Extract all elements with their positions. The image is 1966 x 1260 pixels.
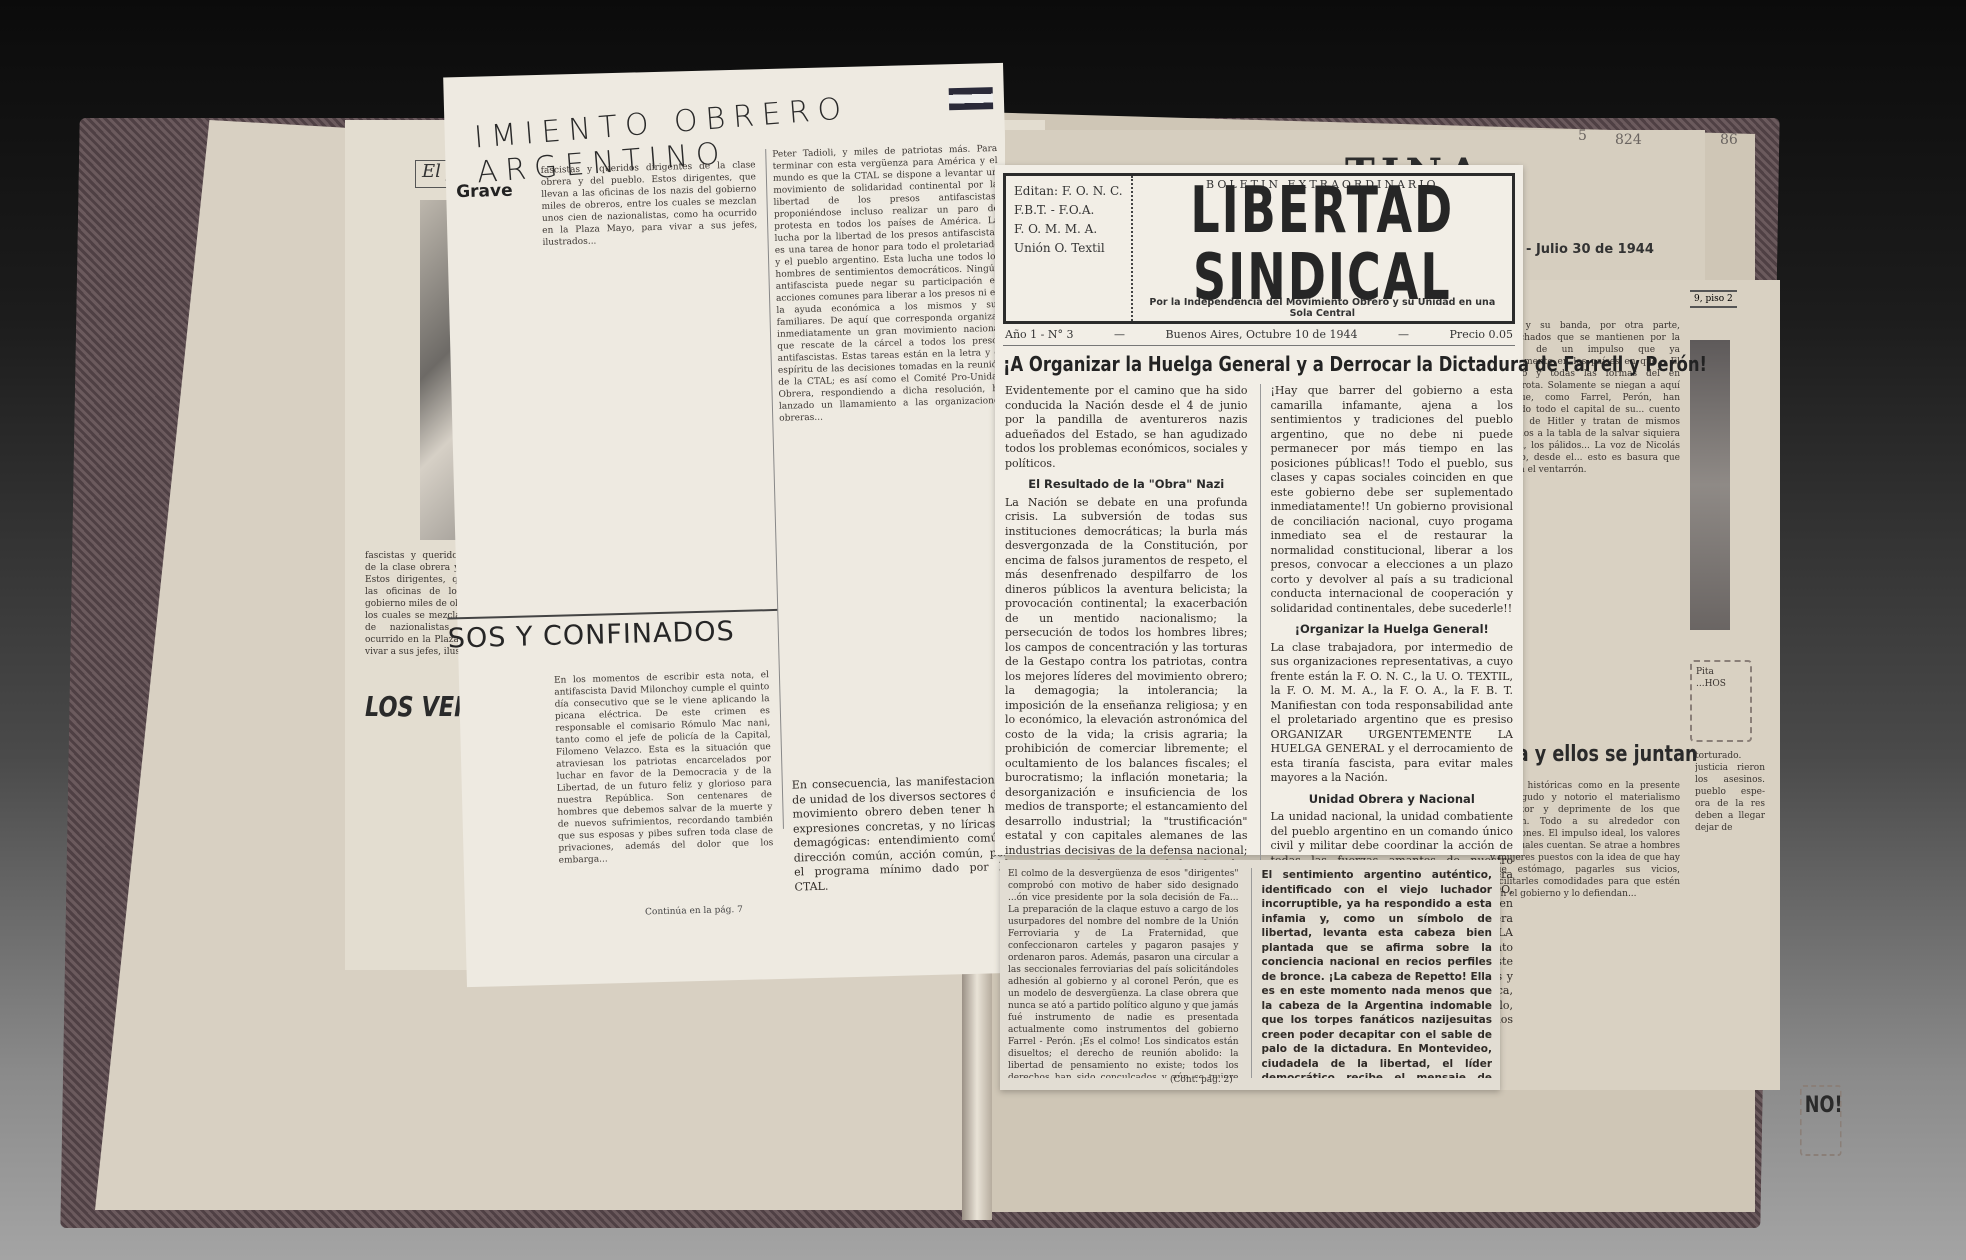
lower-clipping: El colmo de la desvergüenza de esos "dir… — [1000, 860, 1500, 1090]
article-column-2: Peter Tadioli, y miles de patriotas más.… — [765, 143, 1015, 829]
page-number-824: 824 — [1615, 132, 1642, 148]
newspaper-title: LIBERTAD SINDICAL — [1137, 176, 1508, 310]
separator: — — [1398, 328, 1409, 341]
subhead-unidad-obrera: Unidad Obrera y Nacional — [1271, 792, 1514, 807]
article-column-mid: En los momentos de escribir esta nota, e… — [554, 669, 775, 905]
editor-line: F.B.T. - F.O.A. — [1014, 201, 1123, 220]
paragraph: La Nación se debate en una profunda cris… — [1005, 496, 1248, 917]
page-number-86: 86 — [1720, 132, 1738, 148]
continued-note: Continúa en la pág. 7 — [645, 905, 743, 918]
lower-column-left: El colmo de la desvergüenza de esos "dir… — [1008, 868, 1239, 1078]
article-column-1: fascistas y queridos dirigentes de la cl… — [541, 159, 767, 604]
editors-block: Editan: F. O. N. C. F.B.T. - F.O.A. F. O… — [1006, 176, 1133, 321]
subhead-obra-nazi: El Resultado de la "Obra" Nazi — [1005, 477, 1248, 492]
lower-columns: El colmo de la desvergüenza de esos "dir… — [1000, 860, 1500, 1086]
article-conclusion: En consecuencia, las manifestaciones de … — [792, 773, 1010, 895]
lower-column-right: El sentimiento argentino auténtico, iden… — [1251, 868, 1493, 1078]
price: Precio 0.05 — [1450, 328, 1513, 341]
dateline: Año 1 - N° 3 — Buenos Aires, Octubre 10 … — [1003, 324, 1515, 346]
paragraph: La clase trabajadora, por intermedio de … — [1271, 641, 1514, 786]
section-confinados: SOS Y CONFINADOS — [447, 609, 778, 655]
editor-line: Editan: F. O. N. C. — [1014, 182, 1123, 201]
movimiento-obrero-clipping: IMIENTO OBRERO ARGENTINO Grave fascistas… — [443, 63, 1027, 987]
editor-line: F. O. M. M. A. — [1014, 220, 1123, 239]
editor-line: Unión O. Textil — [1014, 239, 1123, 258]
photo-strip — [1690, 340, 1730, 630]
stamp-box: Pita ...HOS — [1690, 660, 1752, 742]
argentina-right-column: 9, piso 2 Perón y su banda, por otra par… — [1480, 280, 1780, 1090]
issue-number: Año 1 - N° 3 — [1005, 328, 1073, 341]
page-number-pencil: 5 — [1578, 128, 1587, 144]
section-grave: Grave — [456, 181, 513, 202]
masthead: Editan: F. O. N. C. F.B.T. - F.O.A. F. O… — [1003, 173, 1515, 324]
date: Buenos Aires, Octubre 10 de 1944 — [1166, 328, 1358, 341]
main-headline: ¡A Organizar la Huelga General y a Derro… — [1003, 352, 1429, 376]
address-fragment: 9, piso 2 — [1690, 290, 1737, 308]
libertad-sindical-clipping: Editan: F. O. N. C. F.B.T. - F.O.A. F. O… — [995, 165, 1523, 855]
intro-paragraph: ¡Hay que barrer del gobierno a esta cama… — [1271, 384, 1514, 616]
sidebar-text: torturado. justicia rieron los asesinos.… — [1695, 750, 1765, 870]
separator: — — [1114, 328, 1125, 341]
argentine-flag-icon — [949, 87, 994, 110]
continued-note: (Cont. pág. 2) — [1170, 1074, 1233, 1086]
bottom-fragment: NO! — [1800, 1085, 1842, 1156]
intro-paragraph: Evidentemente por el camino que ha sido … — [1005, 384, 1248, 471]
subhead-huelga-general: ¡Organizar la Huelga General! — [1271, 622, 1514, 637]
